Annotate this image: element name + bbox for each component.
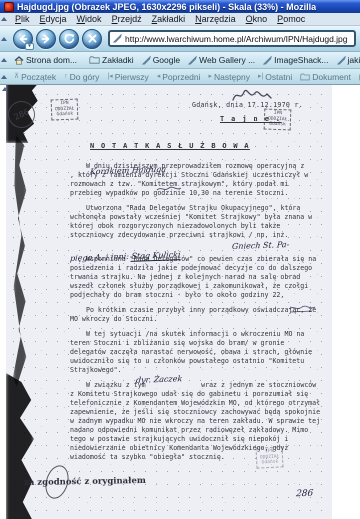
forward-button[interactable] [36,29,56,49]
handwritten-names-underlined: Stag Kulicki [131,250,181,262]
toolbar-grippy[interactable] [1,75,7,79]
bookmark-web-gallery[interactable]: Web Gallery ... [184,55,259,65]
forward-arrow-icon [41,34,51,44]
scanned-document-page: 286 IPN ODDZIAŁ Gdańsk IPN ODDZIAŁ Gdańs… [6,85,332,519]
sitenav-label: Poprzedni [162,72,200,82]
bookmark-icon [263,56,272,65]
back-button[interactable]: ▾ [13,29,33,49]
bookmark-icon [337,56,346,65]
sitenav-next[interactable]: ▸ Następny [205,72,254,82]
ipn-stamp: IPN ODDZIAŁ Gdańsk [51,99,79,121]
bookmark-folder-zakladki[interactable]: Zakładki [85,55,138,65]
menu-item-narzedzia[interactable]: Narzędzia [190,14,241,24]
document-paragraph: W związku z tym wraz z jednym ze stoczni… [70,381,322,462]
url-bar[interactable] [108,30,356,47]
sitenav-top[interactable]: ⊼ Początek [10,72,60,82]
handwritten-scribble [156,185,182,193]
sitenav-label: Początek [21,72,56,82]
document-paragraph: W tej sytuacji /na skutek informacji o w… [70,330,322,375]
menu-item-widok[interactable]: Widok [72,14,107,24]
bookmark-icon [142,56,151,65]
window-title: Hajdugd.jpg (Obrazek JPEG, 1630x2296 pik… [17,2,316,12]
bookmark-home[interactable]: Strona dom... [10,55,81,65]
bookmark-imageshack[interactable]: ImageShack... [259,55,332,65]
document-paragraph: Utworzona "Rada Delegatów Strajku Okupac… [70,204,322,240]
document-date-line: Gdańsk, dnia 17.12.1970 r. [192,101,303,109]
scan-edge-artifact [13,135,27,387]
handwritten-page-number: 286 [296,489,314,500]
personal-toolbar: Strona dom... Zakładki Google Web Galler… [0,52,360,69]
bookmark-label: jakilinux.org ... [348,55,360,65]
reload-button[interactable] [59,29,79,49]
ipn-stamp-line: Gdańsk [55,112,75,118]
stop-x-icon [88,34,97,43]
next-icon: ▸ [209,73,213,80]
menu-item-pomoc[interactable]: Pomoc [272,14,310,24]
bookmark-label: Web Gallery ... [199,55,255,65]
sitenav-up[interactable]: ↑ Do góry [60,72,103,82]
location-bookmark-icon [113,34,122,43]
scan-edge-artifact [6,373,34,519]
sitenav-label: Do góry [70,72,100,82]
reload-icon [64,33,75,44]
certification-stamp: za zgodność z oryginałem [24,476,146,488]
bookmark-jakilinux[interactable]: jakilinux.org ... [333,55,360,65]
browser-window: Hajdugd.jpg (Obrazek JPEG, 1630x2296 pik… [0,0,360,519]
document-paragraph: Wspomniana "Rada Delegatów" co pewien cz… [70,255,322,300]
url-input[interactable] [125,34,351,44]
sitenav-first[interactable]: |◂ Pierwszy [103,72,152,82]
browser-content-area[interactable]: 286 IPN ODDZIAŁ Gdańsk IPN ODDZIAŁ Gdańs… [0,85,360,519]
menu-item-plik[interactable]: Plik [10,14,35,24]
menu-item-edycja[interactable]: Edycja [35,14,72,24]
sitenav-last[interactable]: ▸| Ostatni [254,72,296,82]
up-arrow-icon: ↑ [64,73,68,80]
site-navigation-bar: ⊼ Początek ↑ Do góry |◂ Pierwszy ◂ Poprz… [0,69,360,85]
top-icon: ⊼ [14,73,19,80]
sitenav-previous[interactable]: ◂ Poprzedni [153,72,205,82]
toolbar-grippy[interactable] [1,37,7,41]
document-classification: T a j n e . [220,115,282,123]
sitenav-label: Następny [214,72,250,82]
bookmark-google[interactable]: Google [138,55,184,65]
document-heading: N O T A T K A S Ł U Ż B O W A [90,142,250,150]
document-body: W dniu dzisiejszym przeprowadziłem rozmo… [70,162,322,468]
first-icon: |◂ [107,73,112,80]
sitenav-label: Ostatni [265,72,292,82]
navigation-toolbar: ▾ [0,26,360,52]
bookmark-label: Google [153,55,180,65]
sitenav-document[interactable]: Dokument [296,72,355,82]
sitenav-more[interactable]: Więcej [355,72,360,82]
sitenav-label: Pierwszy [115,72,149,82]
folder-icon [300,73,310,81]
window-titlebar[interactable]: Hajdugd.jpg (Obrazek JPEG, 1630x2296 pik… [0,0,360,13]
folder-icon [89,56,100,64]
mozilla-app-icon [4,2,14,12]
bookmark-label: ImageShack... [274,55,328,65]
bookmark-label: Zakładki [102,55,134,65]
bookmark-label: Strona dom... [26,55,77,65]
toolbar-grippy[interactable] [1,17,7,21]
round-stamp-number: 286 [13,107,31,122]
menu-item-zakladki[interactable]: Zakładki [147,14,191,24]
last-icon: ▸| [258,73,263,80]
back-dropdown-caret[interactable]: ▾ [25,43,34,50]
toolbar-grippy[interactable] [1,58,7,62]
stop-button[interactable] [82,29,102,49]
sitenav-label: Dokument [312,72,351,82]
menu-item-przejdz[interactable]: Przejdź [107,14,147,24]
home-icon [14,56,24,65]
previous-icon: ◂ [157,73,161,80]
bookmark-icon [188,56,197,65]
handwritten-director-name: dyr. Żaczek [136,374,183,385]
menu-item-okno[interactable]: Okno [241,14,273,24]
menu-bar: Plik Edycja Widok Przejdź Zakładki Narzę… [0,13,360,26]
document-paragraph: Po krótkim czasie przybył inny porządkow… [70,306,322,324]
handwritten-scribble [288,303,316,313]
